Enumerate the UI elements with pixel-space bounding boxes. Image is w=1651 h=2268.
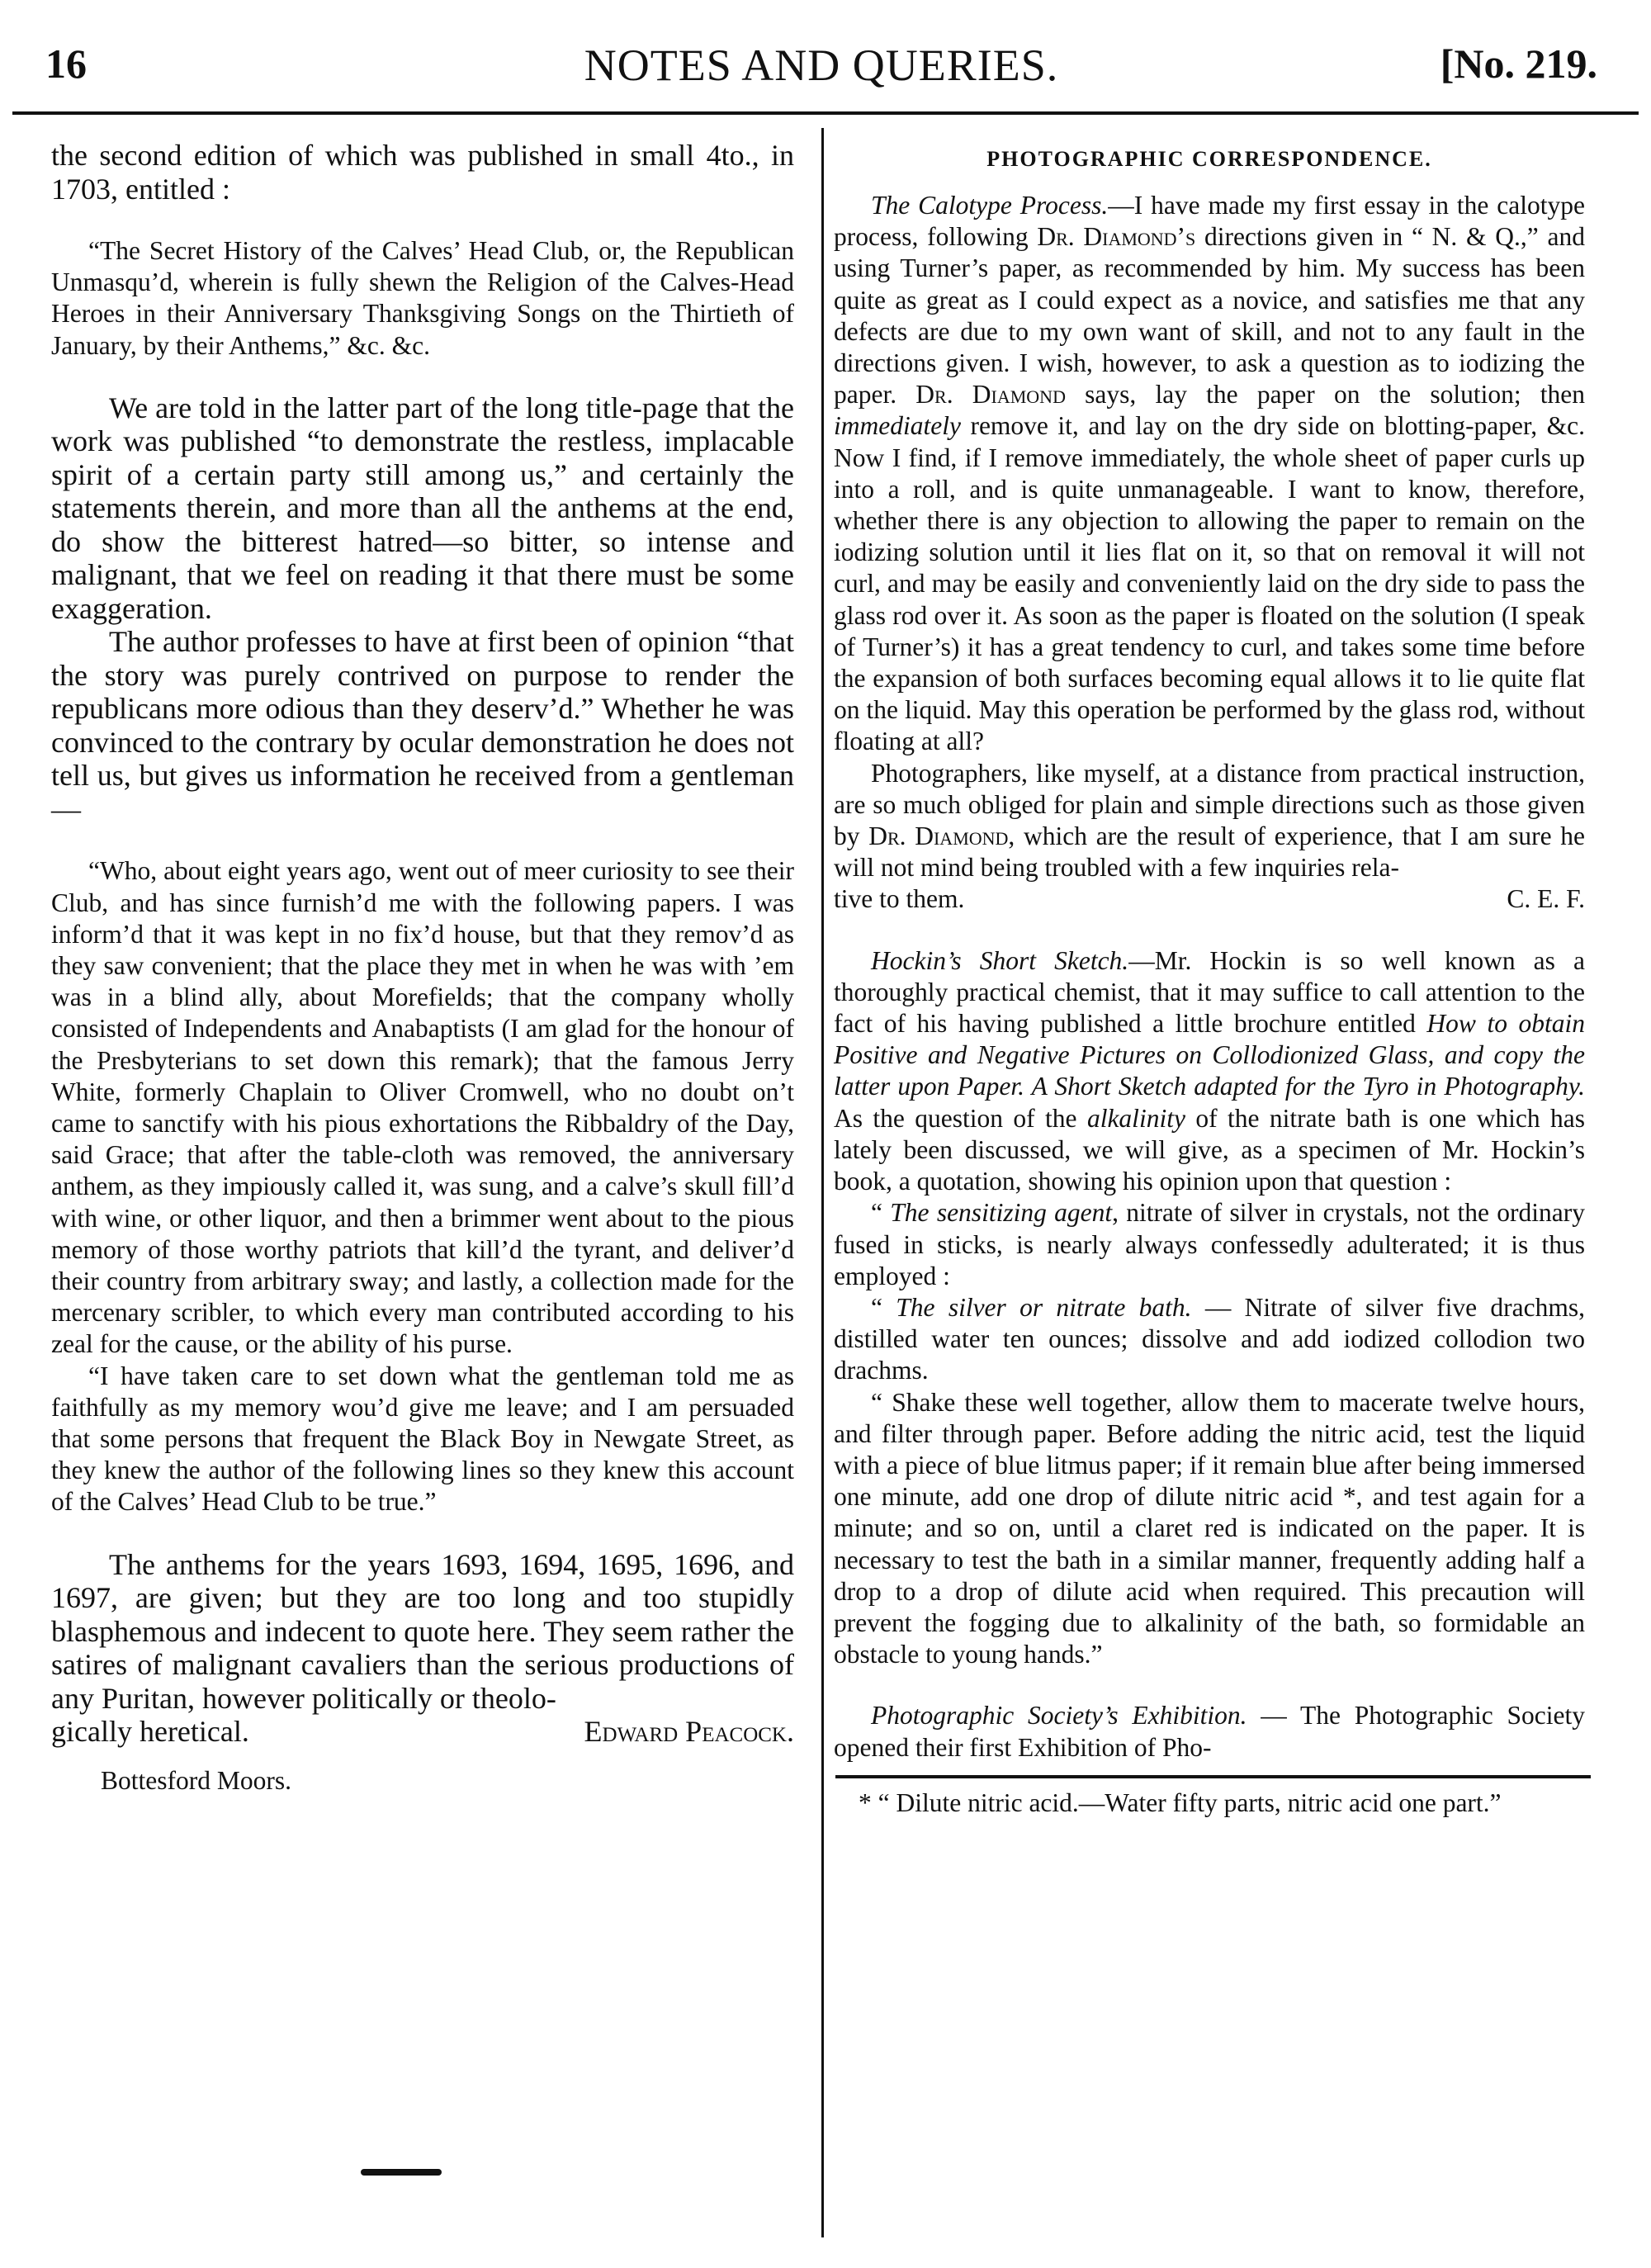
calotype-paragraph: The Calotype Process.—I have made my fir… (834, 190, 1585, 758)
place-name: Bottesford Moors. (51, 1765, 794, 1797)
running-header: 16 NOTES AND QUERIES. [No. 219. (45, 40, 1597, 106)
paragraph-intro: the second edition of which was publishe… (51, 139, 794, 206)
issue-number: [No. 219. (1440, 40, 1597, 88)
hockin-text-b: As the question of the (834, 1104, 1087, 1133)
column-divider (821, 128, 824, 2237)
calotype-text-c: says, lay the paper on the solution; the… (1066, 380, 1585, 409)
calotype-signature-line: tive to them. C. E. F. (834, 883, 1585, 915)
quoted-title: “The Secret History of the Calves’ Head … (51, 235, 794, 362)
quote-sensitizing-agent: “ The sensitizing agent, nitrate of silv… (834, 1197, 1585, 1292)
exhibition-paragraph: Photographic Society’s Exhibition. — The… (834, 1700, 1585, 1763)
author-initials: C. E. F. (1507, 883, 1585, 915)
calotype-text-d: remove it, and lay on the dry side on bl… (834, 411, 1585, 755)
person-name: Dr. Diamond (915, 380, 1066, 409)
footnote: * “ Dilute nitric acid.—Water fifty part… (834, 1787, 1585, 1820)
quote-term: The silver or nitrate bath. (896, 1293, 1191, 1322)
emphasis-text: immediately (834, 411, 961, 440)
open-quote: “ (871, 1198, 890, 1227)
quote-term: The sensitizing agent (890, 1198, 1112, 1227)
quote-gentleman-account: “Who, about eight years ago, went out of… (51, 855, 794, 1360)
quote-nitrate-bath: “ The silver or nitrate bath. — Nitrate … (834, 1292, 1585, 1387)
paragraph-title-page: We are told in the latter part of the lo… (51, 391, 794, 626)
header-rule (12, 111, 1639, 115)
journal-title: NOTES AND QUERIES. (45, 40, 1597, 91)
person-name: Dr. Diamond’s (1037, 222, 1195, 251)
paragraph-anthems: The anthems for the years 1693, 1694, 16… (51, 1548, 794, 1716)
paragraph-author-opinion: The author professes to have at first be… (51, 625, 794, 826)
exhibition-heading: Photographic Society’s Exhibition. (871, 1701, 1247, 1730)
paragraph-anthems-end: gically heretical. (51, 1715, 249, 1749)
quote-shake-instructions: “ Shake these well together, allow them … (834, 1387, 1585, 1671)
author-signature: Edward Peacock. (584, 1715, 794, 1749)
emphasis-text: alkalinity (1087, 1104, 1185, 1133)
right-column: PHOTOGRAPHIC CORRESPONDENCE. The Calotyp… (834, 139, 1585, 1820)
section-end-rule (361, 2169, 442, 2176)
calotype-heading: The Calotype Process. (871, 191, 1108, 220)
left-column: the second edition of which was publishe… (51, 139, 794, 1797)
person-name: Dr. Diamond (868, 821, 1008, 850)
photographers-paragraph: Photographers, like myself, at a distanc… (834, 758, 1585, 884)
quote-faithful-account: “I have taken care to set down what the … (51, 1361, 794, 1518)
footnote-rule (835, 1775, 1591, 1778)
photographers-text-end: tive to them. (834, 883, 964, 915)
signature-line: gically heretical. Edward Peacock. (51, 1715, 794, 1749)
section-title: PHOTOGRAPHIC CORRESPONDENCE. (834, 147, 1585, 172)
hockin-paragraph: Hockin’s Short Sketch.—Mr. Hockin is so … (834, 945, 1585, 1198)
open-quote: “ (871, 1293, 896, 1322)
hockin-heading: Hockin’s Short Sketch. (871, 946, 1128, 975)
